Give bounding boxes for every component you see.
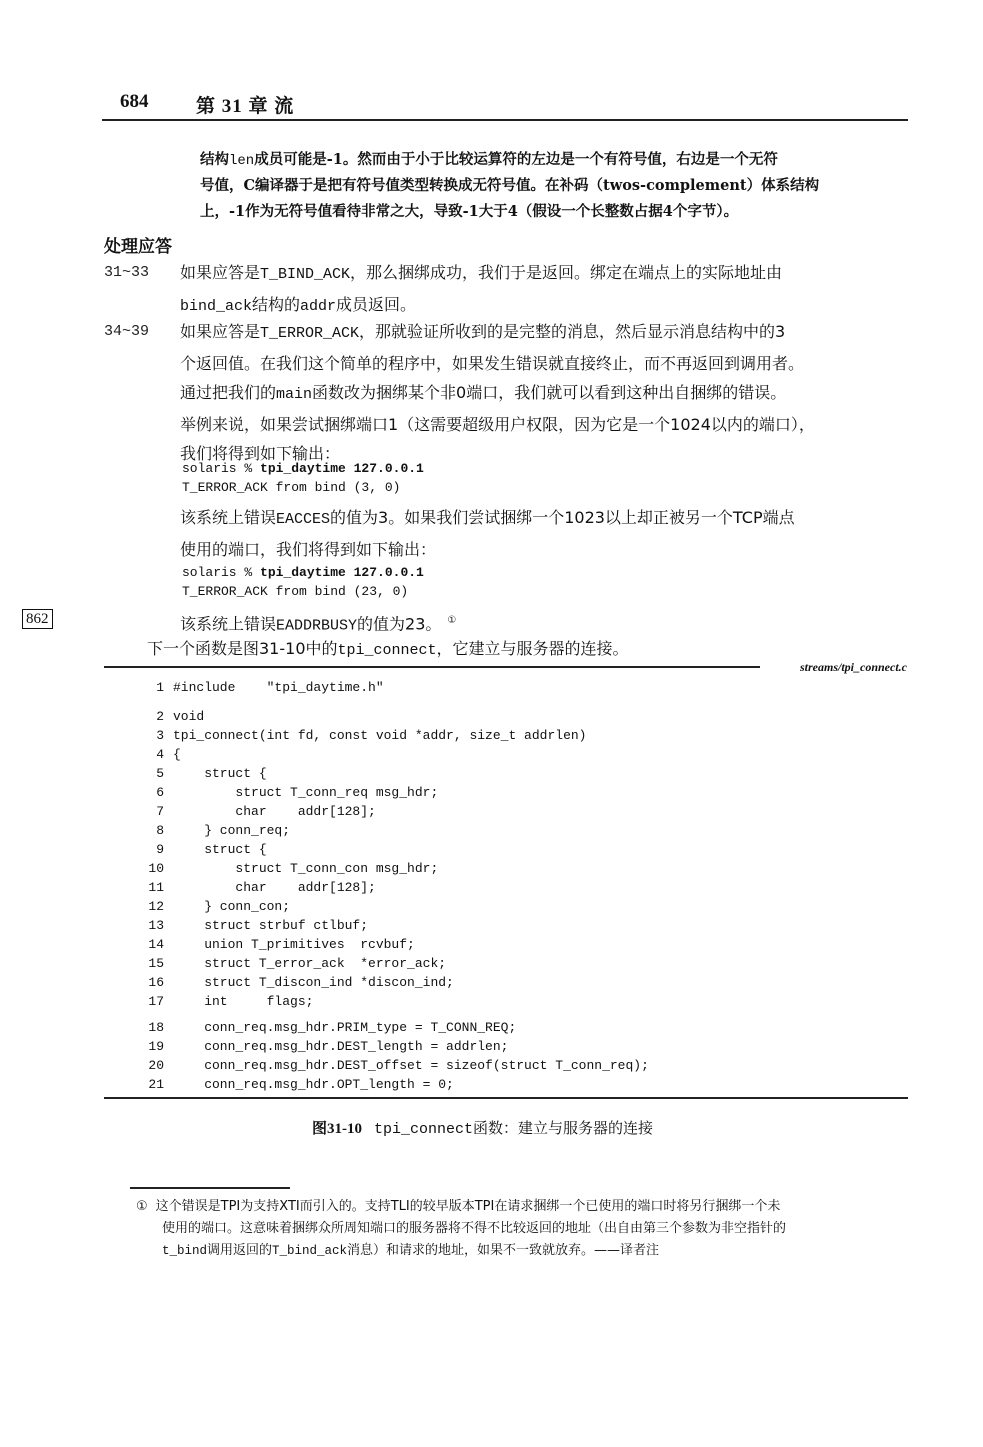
line-number: 10 bbox=[140, 859, 164, 878]
section-title: 处理应答 bbox=[104, 232, 172, 257]
text: 如果应答是 bbox=[180, 263, 260, 282]
text: 成员可能是-1。然而由于小于比较运算符的左边是一个有符号值，右边是一个无符 bbox=[254, 151, 778, 168]
para-line: 通过把我们的main函数改为捆绑某个非0端口，我们就可以看到这种出自捆绑的错误。 bbox=[180, 378, 908, 410]
line-number: 7 bbox=[140, 802, 164, 821]
text: 消息）和请求的地址，如果不一致就放弃。——译者注 bbox=[347, 1243, 659, 1258]
code-line: 10 struct T_conn_con msg_hdr; bbox=[140, 859, 438, 878]
code-text: EADDRBUSY bbox=[276, 617, 357, 634]
text: 通过把我们的 bbox=[180, 383, 276, 402]
line-number: 1 bbox=[140, 678, 164, 697]
line-number: 21 bbox=[140, 1075, 164, 1094]
continuation-line-2: 号值，C编译器于是把有符号值类型转换成无符号值。在补码（twos-complem… bbox=[200, 172, 910, 200]
footnote-line-2: 使用的端口。这意味着捆绑众所周知端口的服务器将不得不比较返回的地址（出自由第三个… bbox=[136, 1218, 916, 1240]
line-number: 16 bbox=[140, 973, 164, 992]
text: 如果应答是 bbox=[180, 322, 260, 341]
shell-prompt: solaris % bbox=[182, 565, 260, 580]
code-line: 9 struct { bbox=[140, 840, 267, 859]
code-line: 4{ bbox=[140, 745, 181, 764]
code-line: 16 struct T_discon_ind *discon_ind; bbox=[140, 973, 454, 992]
line-number: 8 bbox=[140, 821, 164, 840]
caption-text: 函数：建立与服务器的连接 bbox=[473, 1119, 653, 1137]
code-line: 15 struct T_error_ack *error_ack; bbox=[140, 954, 446, 973]
line-number: 4 bbox=[140, 745, 164, 764]
code-text: conn_req.msg_hdr.DEST_offset = sizeof(st… bbox=[173, 1058, 649, 1073]
page-number: 684 bbox=[120, 91, 149, 113]
terminal-output-2: solaris % tpi_daytime 127.0.0.1 T_ERROR_… bbox=[182, 563, 424, 601]
paragraph-eacces: 该系统上错误EACCES的值为3。如果我们尝试捆绑一个1023以上却正被另一个T… bbox=[180, 503, 908, 564]
footnote-mark: ① bbox=[136, 1199, 148, 1214]
code-line: 18 conn_req.msg_hdr.PRIM_type = T_CONN_R… bbox=[140, 1018, 516, 1037]
chapter-heading: 第 31 章 流 bbox=[196, 91, 294, 118]
shell-result: T_ERROR_ACK from bind (3, 0) bbox=[182, 480, 400, 495]
text: ，那么捆绑成功，我们于是返回。绑定在端点上的实际地址由 bbox=[350, 263, 782, 282]
line-ref-34-39: 34~39 bbox=[104, 323, 149, 340]
code-text: void bbox=[173, 709, 204, 724]
para-line: 该系统上错误EACCES的值为3。如果我们尝试捆绑一个1023以上却正被另一个T… bbox=[180, 503, 908, 535]
code-text: addr bbox=[300, 298, 336, 315]
code-text: } conn_con; bbox=[173, 899, 290, 914]
code-line: 3tpi_connect(int fd, const void *addr, s… bbox=[140, 726, 586, 745]
code-line: 14 union T_primitives rcvbuf; bbox=[140, 935, 415, 954]
code-text: bind_ack bbox=[180, 298, 252, 315]
code-text: t_bind bbox=[162, 1244, 207, 1258]
text: 结构 bbox=[200, 151, 229, 168]
code-line: 5 struct { bbox=[140, 764, 267, 783]
code-line: 8 } conn_req; bbox=[140, 821, 290, 840]
code-text: #include "tpi_daytime.h" bbox=[173, 680, 384, 695]
code-line: 6 struct T_conn_req msg_hdr; bbox=[140, 783, 438, 802]
text: 结构的 bbox=[252, 295, 300, 314]
code-text: conn_req.msg_hdr.OPT_length = 0; bbox=[173, 1077, 454, 1092]
terminal-output-1: solaris % tpi_daytime 127.0.0.1 T_ERROR_… bbox=[182, 459, 424, 497]
text: 这个错误是TPI为支持XTI而引入的。支持TLI的较早版本TPI在请求捆绑一个已… bbox=[156, 1199, 781, 1214]
code-line: 11 char addr[128]; bbox=[140, 878, 376, 897]
line-number: 5 bbox=[140, 764, 164, 783]
code-line: 12 } conn_con; bbox=[140, 897, 290, 916]
line-number: 11 bbox=[140, 878, 164, 897]
listing-intro: 下一个函数是图31-10中的tpi_connect，它建立与服务器的连接。 bbox=[147, 636, 629, 659]
code-line: 2void bbox=[140, 707, 204, 726]
line-ref-31-33: 31~33 bbox=[104, 264, 149, 281]
shell-prompt: solaris % bbox=[182, 461, 260, 476]
code-text: conn_req.msg_hdr.PRIM_type = T_CONN_REQ; bbox=[173, 1020, 516, 1035]
text: 函数改为捆绑某个非0端口，我们就可以看到这种出自捆绑的错误。 bbox=[312, 383, 786, 402]
line-number: 13 bbox=[140, 916, 164, 935]
line-number: 15 bbox=[140, 954, 164, 973]
original-page-ref: 862 bbox=[22, 609, 53, 629]
footnote-line-3: t_bind调用返回的T_bind_ack消息）和请求的地址，如果不一致就放弃。… bbox=[136, 1240, 916, 1262]
code-text: { bbox=[173, 747, 181, 762]
code-text: EACCES bbox=[276, 511, 330, 528]
footnote: ①这个错误是TPI为支持XTI而引入的。支持TLI的较早版本TPI在请求捆绑一个… bbox=[136, 1196, 916, 1262]
line-number: 18 bbox=[140, 1018, 164, 1037]
shell-command: tpi_daytime 127.0.0.1 bbox=[260, 461, 424, 476]
paragraph-31-33: 如果应答是T_BIND_ACK，那么捆绑成功，我们于是返回。绑定在端点上的实际地… bbox=[180, 258, 908, 321]
line-number: 3 bbox=[140, 726, 164, 745]
continuation-line-1: 结构len成员可能是-1。然而由于小于比较运算符的左边是一个有符号值，右边是一个… bbox=[200, 146, 910, 175]
continuation-line-3: 上，-1作为无符号值看待非常之大，导致-1大于4（假设一个长整数占据4个字节）。 bbox=[200, 198, 910, 226]
line-number: 12 bbox=[140, 897, 164, 916]
figure-number: 图31-10 bbox=[312, 1121, 362, 1137]
text: 成员返回。 bbox=[336, 295, 416, 314]
text: 下一个函数是图31-10中的 bbox=[147, 639, 338, 658]
para-line: 如果应答是T_ERROR_ACK，那就验证所收到的是完整的消息，然后显示消息结构… bbox=[180, 317, 908, 349]
footnote-rule bbox=[130, 1187, 290, 1189]
footnote-marker[interactable]: ① bbox=[447, 615, 456, 626]
code-text: struct strbuf ctlbuf; bbox=[173, 918, 368, 933]
code-text: T_ERROR_ACK bbox=[260, 325, 359, 342]
para-line: 使用的端口，我们将得到如下输出： bbox=[180, 535, 908, 565]
code-text: struct T_conn_req msg_hdr; bbox=[173, 785, 438, 800]
line-number: 19 bbox=[140, 1037, 164, 1056]
code-text: struct { bbox=[173, 766, 267, 781]
para-line: 个返回值。在我们这个简单的程序中，如果发生错误就直接终止，而不再返回到调用者。 bbox=[180, 349, 908, 379]
code-line: 19 conn_req.msg_hdr.DEST_length = addrle… bbox=[140, 1037, 508, 1056]
code-line: 20 conn_req.msg_hdr.DEST_offset = sizeof… bbox=[140, 1056, 649, 1075]
text: 的值为3。如果我们尝试捆绑一个1023以上却正被另一个TCP端点 bbox=[330, 508, 795, 527]
line-number: 14 bbox=[140, 935, 164, 954]
header-rule bbox=[102, 119, 908, 121]
code-text: struct { bbox=[173, 842, 267, 857]
code-line: 21 conn_req.msg_hdr.OPT_length = 0; bbox=[140, 1075, 454, 1094]
listing-bottom-rule bbox=[104, 1097, 908, 1099]
line-number: 9 bbox=[140, 840, 164, 859]
code-text: T_BIND_ACK bbox=[260, 266, 350, 283]
line-number: 20 bbox=[140, 1056, 164, 1075]
code-line: 13 struct strbuf ctlbuf; bbox=[140, 916, 368, 935]
code-text: } conn_req; bbox=[173, 823, 290, 838]
code-line: 1#include "tpi_daytime.h" bbox=[140, 678, 384, 697]
code-text: char addr[128]; bbox=[173, 880, 376, 895]
text: 的值为23。 bbox=[357, 614, 441, 633]
code-text: struct T_conn_con msg_hdr; bbox=[173, 861, 438, 876]
text: ，那就验证所收到的是完整的消息，然后显示消息结构中的3 bbox=[359, 322, 785, 341]
line-number: 2 bbox=[140, 707, 164, 726]
text: 该系统上错误 bbox=[180, 508, 276, 527]
para-line: 举例来说，如果尝试捆绑端口1（这需要超级用户权限，因为它是一个1024以内的端口… bbox=[180, 410, 908, 440]
code-text: struct T_error_ack *error_ack; bbox=[173, 956, 446, 971]
code-text: main bbox=[276, 386, 312, 403]
listing-top-rule bbox=[104, 666, 760, 668]
code-text: union T_primitives rcvbuf; bbox=[173, 937, 415, 952]
paragraph-34-39: 如果应答是T_ERROR_ACK，那就验证所收到的是完整的消息，然后显示消息结构… bbox=[180, 317, 908, 469]
code-line: 17 int flags; bbox=[140, 992, 313, 1011]
code-text: struct T_discon_ind *discon_ind; bbox=[173, 975, 454, 990]
code-text: tpi_connect(int fd, const void *addr, si… bbox=[173, 728, 586, 743]
code-text: tpi_connect bbox=[374, 1121, 473, 1138]
line-number: 17 bbox=[140, 992, 164, 1011]
listing-filename: streams/tpi_connect.c bbox=[800, 660, 907, 675]
shell-result: T_ERROR_ACK from bind (23, 0) bbox=[182, 584, 408, 599]
code-text: conn_req.msg_hdr.DEST_length = addrlen; bbox=[173, 1039, 508, 1054]
code-len: len bbox=[229, 153, 254, 169]
text: ，它建立与服务器的连接。 bbox=[437, 639, 629, 658]
text: 该系统上错误 bbox=[180, 614, 276, 633]
code-text: char addr[128]; bbox=[173, 804, 376, 819]
code-text: T_bind_ack bbox=[272, 1244, 347, 1258]
code-line: 7 char addr[128]; bbox=[140, 802, 376, 821]
line-number: 6 bbox=[140, 783, 164, 802]
code-text: int flags; bbox=[173, 994, 313, 1009]
text: 调用返回的 bbox=[207, 1243, 272, 1258]
shell-command: tpi_daytime 127.0.0.1 bbox=[260, 565, 424, 580]
code-text: tpi_connect bbox=[338, 642, 437, 659]
figure-caption: 图31-10tpi_connect函数：建立与服务器的连接 bbox=[312, 1117, 653, 1138]
para-line: 如果应答是T_BIND_ACK，那么捆绑成功，我们于是返回。绑定在端点上的实际地… bbox=[180, 258, 908, 290]
footnote-line-1: ①这个错误是TPI为支持XTI而引入的。支持TLI的较早版本TPI在请求捆绑一个… bbox=[136, 1196, 916, 1218]
